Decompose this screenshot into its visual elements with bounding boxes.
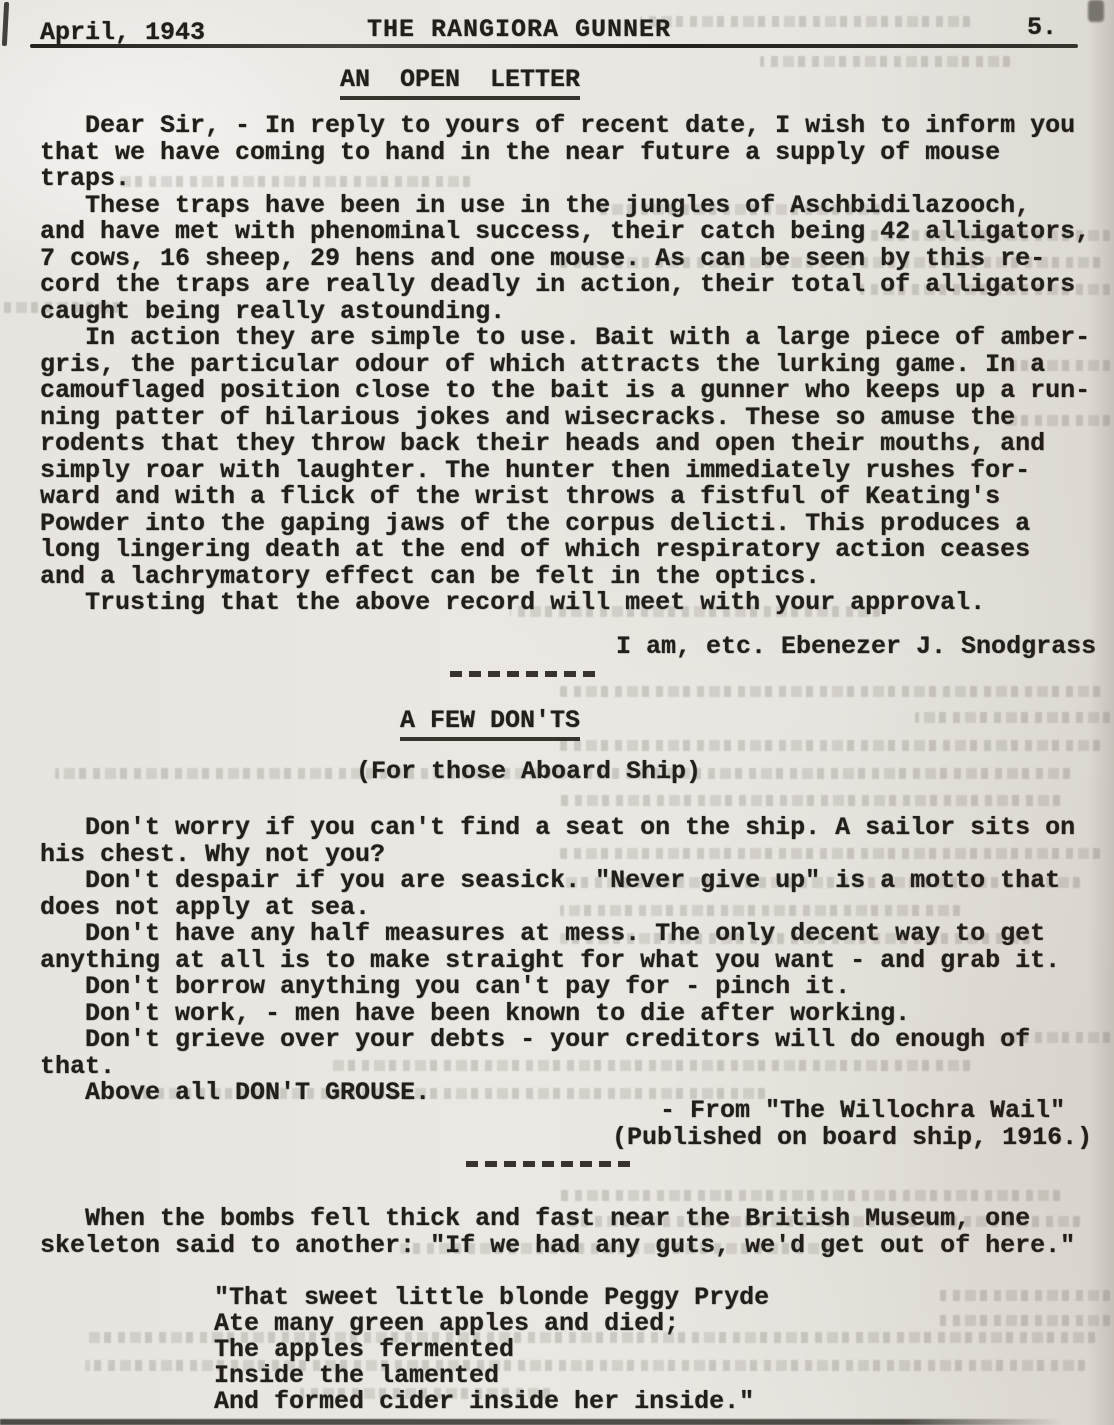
scan-mark-top-right: [1088, 0, 1104, 22]
open-letter-body: Dear Sir, - In reply to yours of recent …: [40, 113, 1114, 617]
scan-mark-bottom-edge: [0, 1419, 1062, 1425]
peggy-pryde-poem: "That sweet little blonde Peggy Pryde At…: [214, 1285, 1094, 1415]
bleed-through-line: [760, 56, 1010, 67]
bleed-through-line: [915, 712, 1110, 723]
skeleton-joke: When the bombs fell thick and fast near …: [40, 1206, 1114, 1259]
donts-attribution-detail: (Published on board ship, 1916.): [612, 1125, 1092, 1152]
page: April, 1943 THE RANGIORA GUNNER 5. AN OP…: [0, 0, 1114, 1425]
open-letter-heading: AN OPEN LETTER: [340, 67, 580, 100]
masthead-date: April, 1943: [40, 20, 205, 47]
bleed-through-line: [560, 740, 1100, 751]
dashed-divider: [466, 1161, 634, 1167]
donts-attribution: - From "The Willochra Wail": [660, 1098, 1065, 1125]
donts-heading: A FEW DON'TS: [400, 708, 580, 741]
open-letter-signature: I am, etc. Ebenezer J. Snodgrass: [616, 634, 1096, 661]
scan-mark-top-left: [2, 2, 9, 46]
bleed-through-line: [560, 795, 1060, 806]
donts-body: Don't worry if you can't find a seat on …: [40, 815, 1114, 1107]
masthead-title: THE RANGIORA GUNNER: [367, 17, 671, 44]
masthead-rule: [30, 44, 1078, 48]
masthead-page-number: 5.: [1027, 15, 1057, 42]
bleed-through-line: [560, 1190, 1060, 1201]
bleed-through-line: [560, 686, 1100, 697]
dashed-divider: [450, 671, 602, 677]
bleed-through-line: [640, 16, 970, 27]
donts-subheading: (For those Aboard Ship): [356, 759, 701, 786]
